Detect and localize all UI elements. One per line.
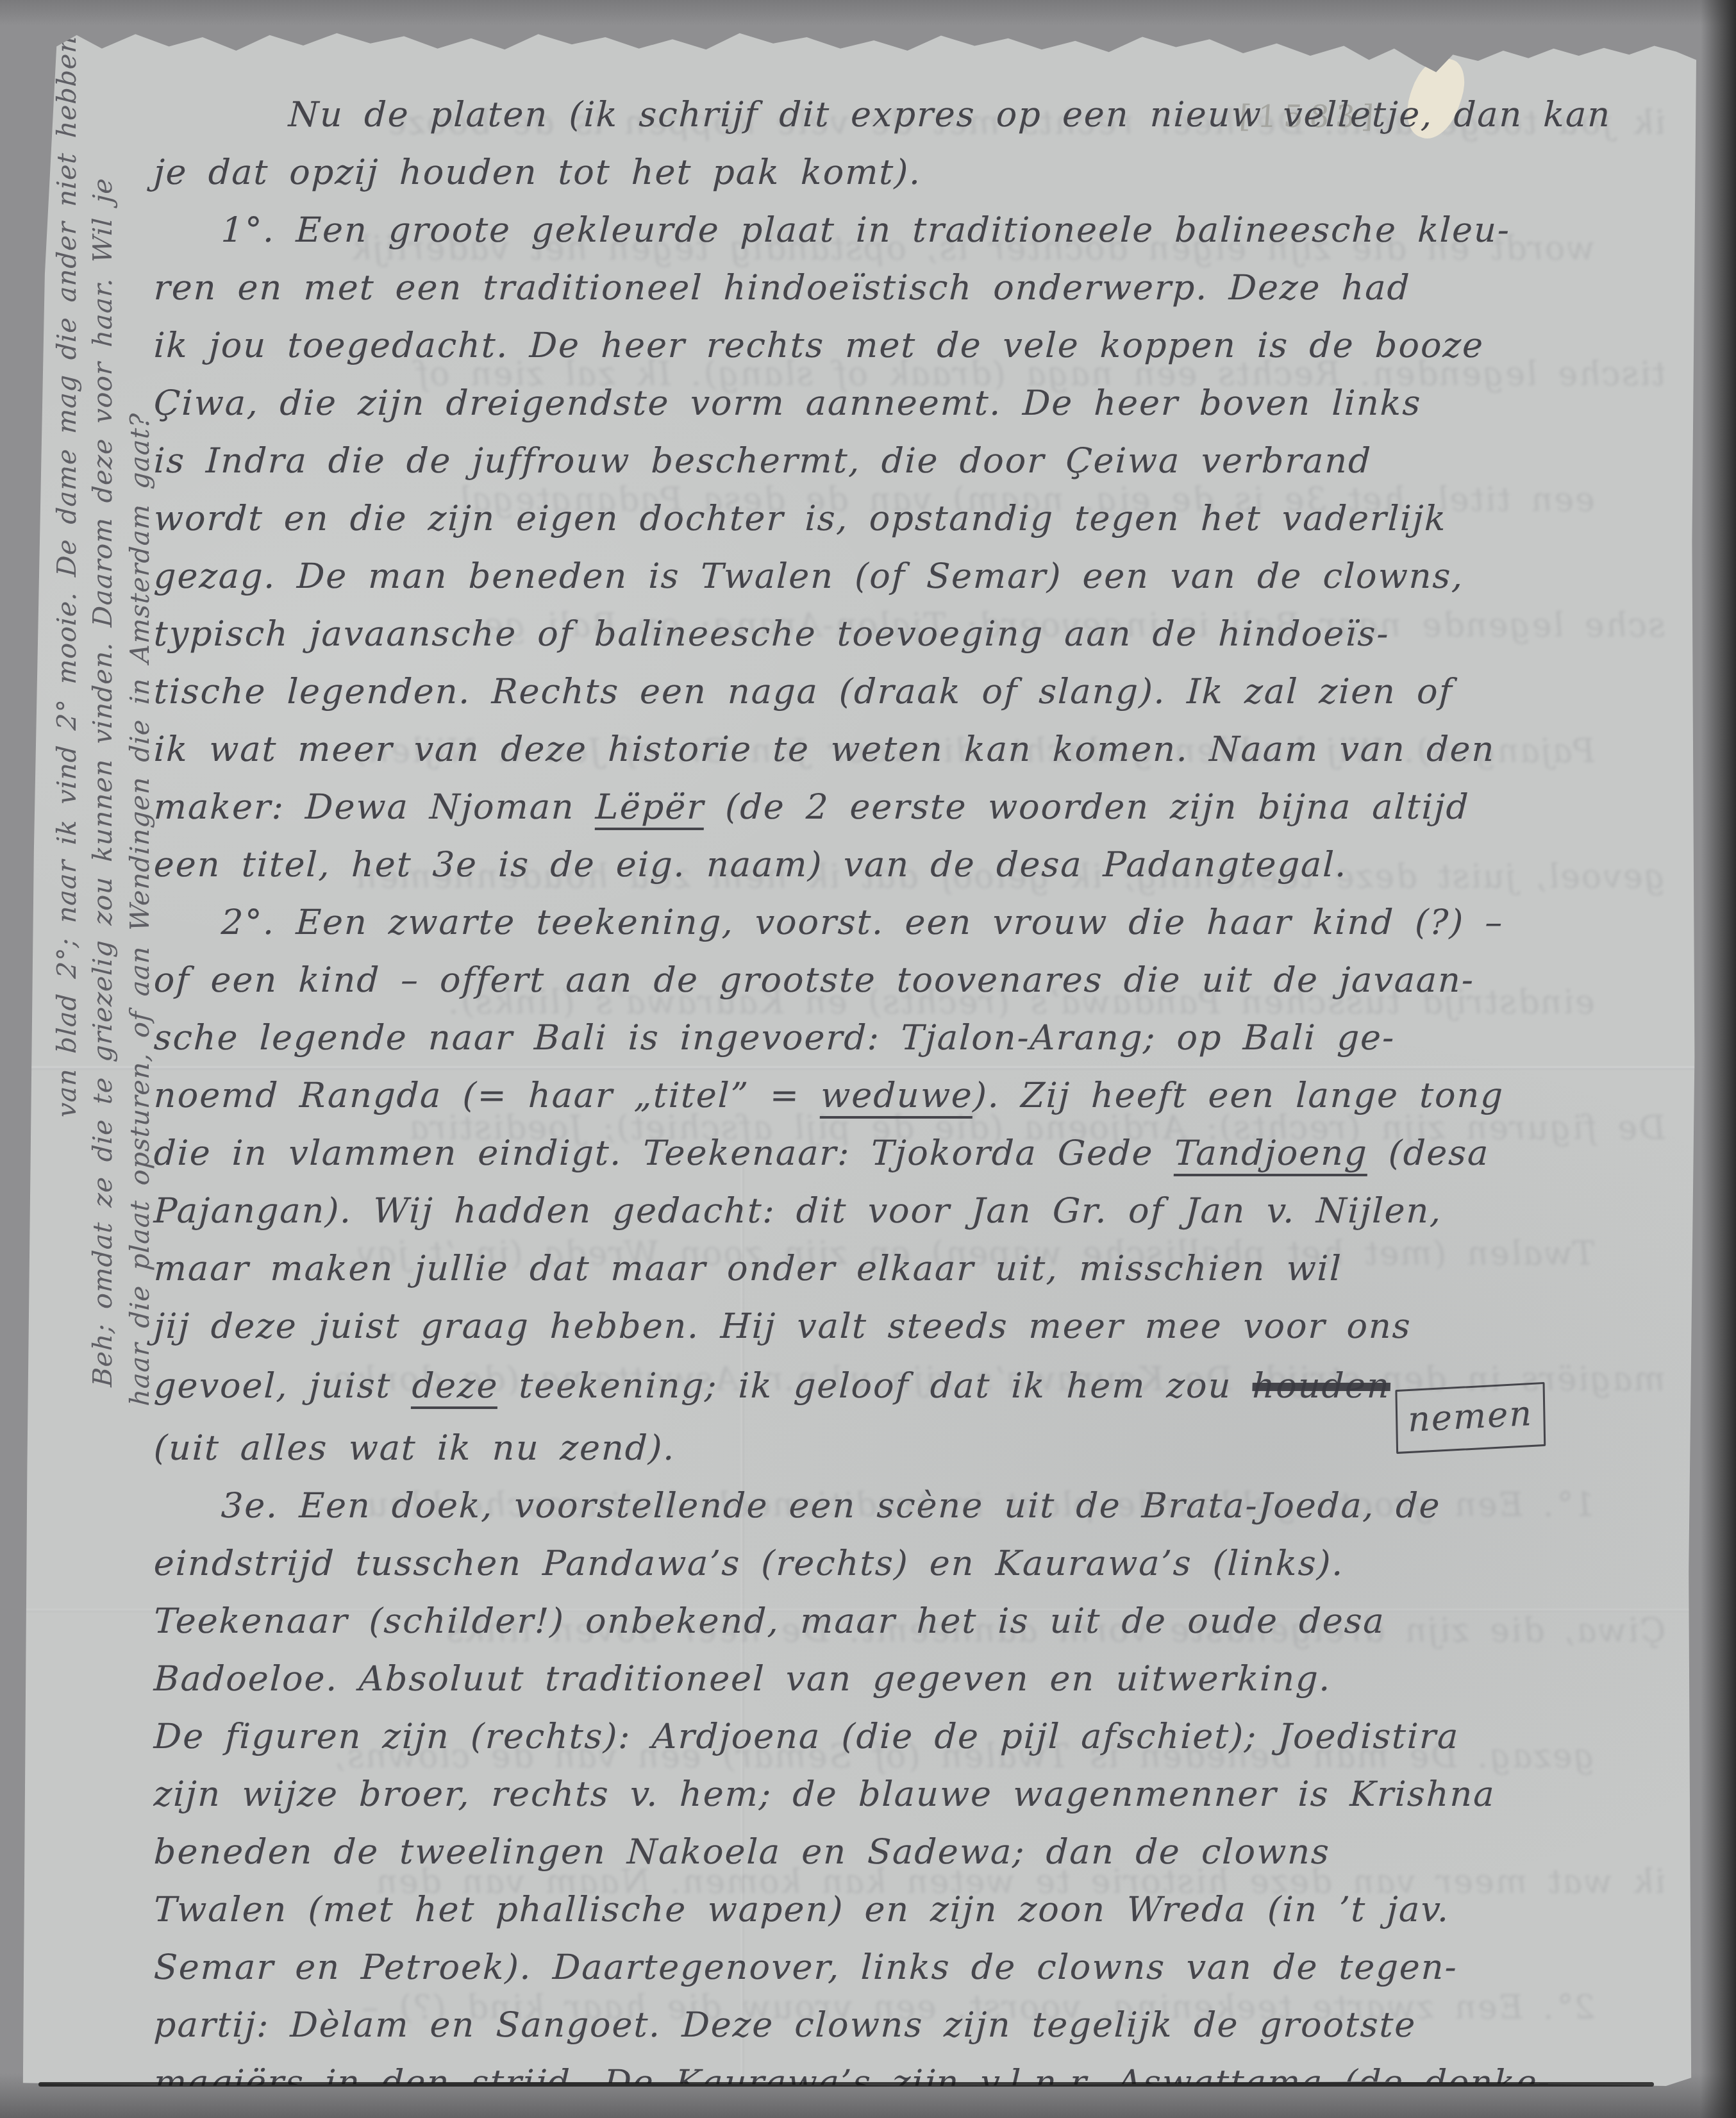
handwriting-text: De figuren zijn (rechts): Ardjoena (die … [153, 1716, 1460, 1756]
handwriting-text: is Indra die de juffrouw beschermt, die … [153, 440, 1373, 481]
handwriting-text: sche legende naar Bali is ingevoerd: Tja… [153, 1017, 1396, 1058]
handwriting-text: zijn wijze broer, rechts v. hem; de blau… [153, 1774, 1496, 1814]
letter-line: Badoeloe. Absoluut traditioneel van gege… [153, 1650, 1696, 1708]
handwriting-text: of een kind – offert aan de grootste too… [153, 960, 1475, 1000]
letter-line: tische legenden. Rechts een naga (draak … [153, 663, 1696, 721]
letter-line: jij deze juist graag hebben. Hij valt st… [153, 1297, 1696, 1355]
letter-line: (uit alles wat ik nu zend). [153, 1419, 1696, 1477]
handwriting-text: ren en met een traditioneel hindoeïstisc… [153, 267, 1411, 308]
letter-line: je dat opzij houden tot het pak komt). [153, 144, 1696, 201]
handwriting-text: gevoel, juist [153, 1365, 413, 1406]
letter-body: Nu de platen (ik schrijf dit expres op e… [154, 86, 1696, 2086]
letter-line: ik jou toegedacht. De heer rechts met de… [153, 317, 1696, 374]
scribbled-out-word: houden [1252, 1365, 1392, 1406]
letter-line: Pajangan). Wij hadden gedacht: dit voor … [153, 1182, 1696, 1240]
letter-line: is Indra die de juffrouw beschermt, die … [153, 432, 1696, 490]
letter-line: Çiwa, die zijn dreigendste vorm aanneemt… [153, 374, 1696, 432]
letter-line: magiërs in den strijd. De Kaurawa’s zijn… [153, 2054, 1696, 2086]
handwriting-text: noemd Rangda (= haar „titel” = [153, 1075, 821, 1115]
handwriting-text: (uit alles wat ik nu zend). [153, 1428, 676, 1468]
handwriting-text: eindstrijd tusschen Pandawa’s (rechts) e… [153, 1543, 1345, 1583]
letter-line: of een kind – offert aan de grootste too… [153, 951, 1696, 1009]
letter-line: ik wat meer van deze historie te weten k… [153, 721, 1696, 778]
handwriting-text: 3e. Een doek, voorstellende een scène ui… [221, 1485, 1442, 1526]
handwriting-text: 1°. Een groote gekleurde plaat in tradit… [221, 210, 1511, 250]
handwriting-text: wordt en die zijn eigen dochter is, opst… [153, 498, 1448, 538]
letter-line: een titel, het 3e is de eig. naam) van d… [153, 836, 1696, 894]
underlined-word: Lëpër [595, 787, 706, 830]
handwriting-text: typisch javaansche of balineesche toevoe… [153, 613, 1390, 654]
handwriting-text: teekening; ik geloof dat ik hem zou [497, 1365, 1253, 1406]
letter-line: sche legende naar Bali is ingevoerd: Tja… [153, 1009, 1696, 1067]
handwriting-text: maker: Dewa Njoman [153, 787, 596, 827]
margin-note-line: van blad 2°; naar ik vind 2° mooie. De d… [50, 27, 83, 1119]
letter-line: noemd Rangda (= haar „titel” = weduwe). … [153, 1067, 1696, 1124]
letter-line: wordt en die zijn eigen dochter is, opst… [153, 490, 1696, 547]
scan-background: ik jou toegedacht. De heer rechts met de… [0, 0, 1736, 2118]
handwriting-text: maar maken jullie dat maar onder elkaar … [153, 1248, 1342, 1288]
handwriting-text: Çiwa, die zijn dreigendste vorm aanneemt… [153, 383, 1423, 423]
handwriting-text: je dat opzij houden tot het pak komt). [153, 152, 922, 192]
handwriting-text: ik wat meer van deze historie te weten k… [153, 729, 1496, 769]
letter-line: De figuren zijn (rechts): Ardjoena (die … [153, 1708, 1696, 1765]
letter-line: typisch javaansche of balineesche toevoe… [153, 605, 1696, 663]
letter-line: eindstrijd tusschen Pandawa’s (rechts) e… [153, 1535, 1696, 1592]
letter-line: Semar en Petroek). Daartegenover, links … [153, 1939, 1696, 1996]
letter-line: Teekenaar (schilder!) onbekend, maar het… [153, 1592, 1696, 1650]
handwriting-text: jij deze juist graag hebben. Hij valt st… [153, 1306, 1412, 1346]
handwriting-text: partij: Dèlam en Sangoet. Deze clowns zi… [153, 2005, 1417, 2045]
letter-line: 1°. Een groote gekleurde plaat in tradit… [220, 201, 1696, 259]
handwriting-text: Pajangan). Wij hadden gedacht: dit voor … [153, 1190, 1443, 1231]
handwriting-text: (de 2 eerste woorden zijn bijna altijd [704, 787, 1470, 827]
handwriting-text: Semar en Petroek). Daartegenover, links … [153, 1947, 1458, 1987]
letter-line: maker: Dewa Njoman Lëpër (de 2 eerste wo… [153, 778, 1696, 836]
handwriting-text: beneden de tweelingen Nakoela en Sadewa;… [153, 1831, 1331, 1872]
letter-line: Twalen (met het phallische wapen) en zij… [153, 1881, 1696, 1939]
margin-note-line: Beh; omdat ze die te griezelig zou kunne… [86, 177, 119, 1388]
letter-line: zijn wijze broer, rechts v. hem; de blau… [153, 1765, 1696, 1823]
paper-bottom-shadow [38, 2082, 1654, 2087]
underlined-word: Tandjoeng [1173, 1133, 1368, 1176]
handwriting-text: (desa [1367, 1133, 1490, 1173]
letter-line: beneden de tweelingen Nakoela en Sadewa;… [153, 1823, 1696, 1881]
letter-paper: ik jou toegedacht. De heer rechts met de… [18, 27, 1696, 2086]
handwriting-text: ik jou toegedacht. De heer rechts met de… [153, 325, 1485, 365]
handwriting-text: Twalen (met het phallische wapen) en zij… [153, 1889, 1451, 1930]
letter-line: 3e. Een doek, voorstellende een scène ui… [220, 1477, 1696, 1535]
handwriting-text: Nu de platen (ik schrijf dit expres op e… [288, 94, 1612, 135]
handwriting-text: tische legenden. Rechts een naga (draak … [153, 671, 1454, 712]
letter-line: die in vlammen eindigt. Teekenaar: Tjoko… [153, 1124, 1696, 1182]
handwriting-text: ). Zij heeft een lange tong [972, 1075, 1505, 1115]
underlined-word: weduwe [820, 1075, 974, 1119]
letter-line: 2°. Een zwarte teekening, voorst. een vr… [220, 894, 1696, 951]
handwriting-text: die in vlammen eindigt. Teekenaar: Tjoko… [153, 1133, 1175, 1173]
handwriting-text: gezag. De man beneden is Twalen (of Sema… [153, 556, 1465, 596]
handwriting-text: een titel, het 3e is de eig. naam) van d… [153, 844, 1348, 885]
letter-line: partij: Dèlam en Sangoet. Deze clowns zi… [153, 1996, 1696, 2054]
letter-line: maar maken jullie dat maar onder elkaar … [153, 1240, 1696, 1297]
letter-line: gezag. De man beneden is Twalen (of Sema… [153, 547, 1696, 605]
letter-line: gevoel, juist deze teekening; ik geloof … [153, 1355, 1696, 1419]
handwriting-text: Teekenaar (schilder!) onbekend, maar het… [153, 1601, 1386, 1641]
letter-line: Nu de platen (ik schrijf dit expres op e… [287, 86, 1696, 144]
margin-note-line: haar die plaat opsturen, of aan Wendinge… [123, 412, 156, 1407]
handwriting-text: Badoeloe. Absoluut traditioneel van gege… [153, 1658, 1332, 1699]
handwriting-text: 2°. Een zwarte teekening, voorst. een vr… [221, 902, 1505, 942]
letter-line: ren en met een traditioneel hindoeïstisc… [153, 259, 1696, 317]
underlined-word: deze [411, 1365, 499, 1409]
